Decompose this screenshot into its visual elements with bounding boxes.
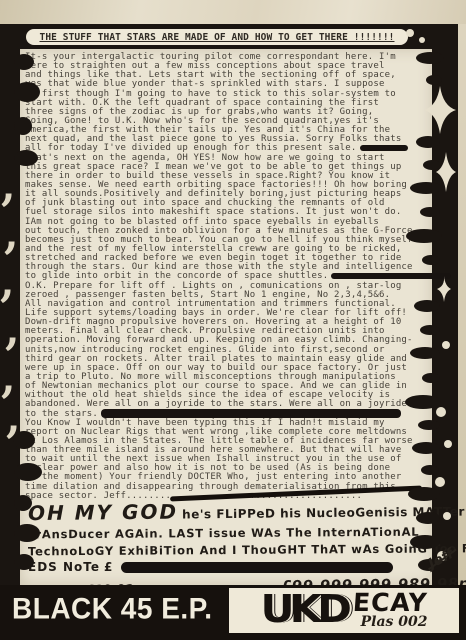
logo-ecay-text: ECAY (352, 590, 428, 615)
ukdecay-logo: UKD ECAY Plas 002 (226, 585, 462, 636)
article-title-banner: THE STUFF THAT STARS ARE MADE OF AND HOW… (26, 29, 408, 45)
censor-bar (331, 273, 451, 279)
typed-article-paper: It-s your intergalactic touring pilot co… (20, 49, 432, 585)
typed-line: abandoned. Were all on a joyride to the … (25, 400, 451, 409)
torn-paper-top-margin (0, 0, 466, 24)
footer-band: BLACK 45 E.P. UKD ECAY Plas 002 (0, 585, 466, 640)
handwritten-line: OH MY GODhe's FLiPPeD his NucleoGenisis … (28, 497, 428, 525)
handwritten-line: TechnoLoGY ExhiBiTion And I ThouGHT ThAT… (28, 542, 428, 559)
zine-page: It-s your intergalactic touring pilot co… (0, 0, 466, 640)
handwritten-line: TrAnsDucer AGAin. LAST issue WAs The Int… (28, 525, 428, 542)
handwritten-line: EDS NoTe £ (28, 560, 428, 574)
pound-scribble-icon: £ (104, 560, 113, 574)
eds-note-label: EDS NoTe (28, 560, 100, 574)
censor-bar (121, 562, 393, 573)
record-title: BLACK 45 E.P. (12, 592, 213, 626)
paper-right-edge (458, 24, 466, 585)
article-title: THE STUFF THAT STARS ARE MADE OF AND HOW… (40, 32, 395, 43)
handwritten-note: OH MY GODhe's FLiPPeD his NucleoGenisis … (28, 499, 428, 596)
logo-ukd-text: UKD (261, 589, 348, 628)
censor-bar (360, 145, 408, 151)
article-body: It-s your intergalactic touring pilot co… (25, 53, 451, 501)
oh-my-god-text: OH MY GOD (28, 500, 178, 526)
catalog-number: Plas 002 (361, 615, 428, 630)
